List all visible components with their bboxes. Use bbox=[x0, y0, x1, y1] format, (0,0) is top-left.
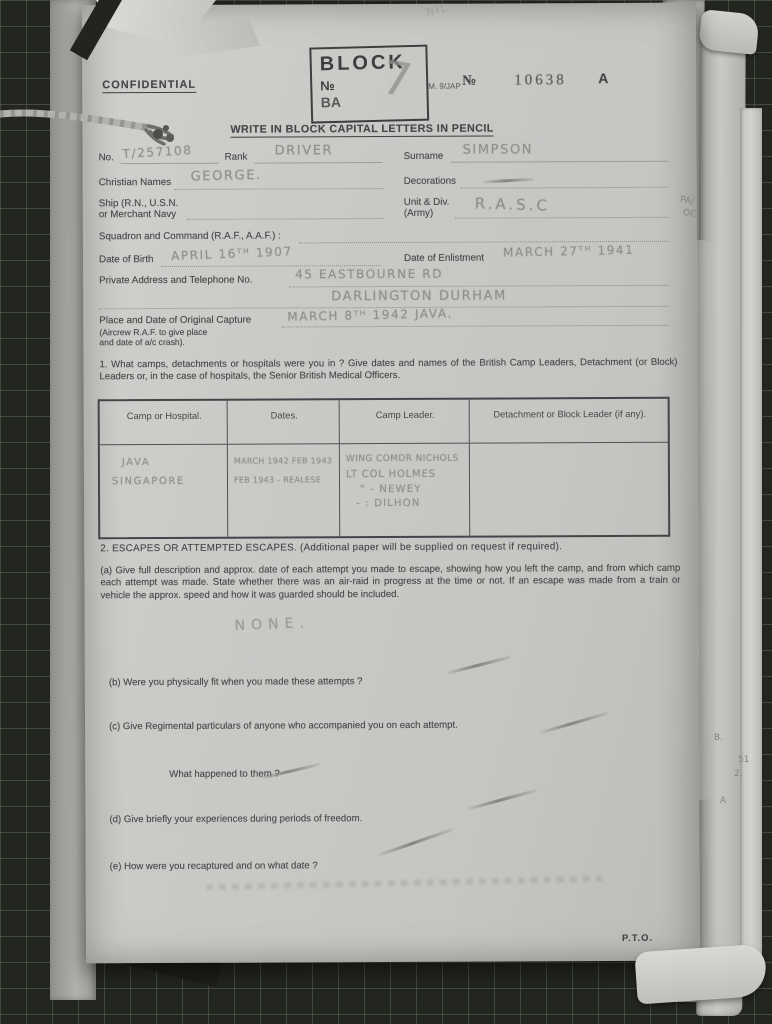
leader-entry: - : DILHON bbox=[356, 498, 465, 509]
table-cell-camp: JAVA SINGAPORE bbox=[100, 445, 228, 538]
camp-entry: JAVA bbox=[122, 457, 223, 468]
table-cell-leader: WING COMDR NICHOLS LT COL HOLMES " - NEW… bbox=[340, 444, 470, 537]
margin-pencil-note: OC bbox=[682, 208, 697, 220]
leader-entry: WING COMDR NICHOLS bbox=[346, 454, 465, 465]
field-label-ship-line1: Ship (R.N., U.S.N. bbox=[99, 198, 179, 209]
camps-table: Camp or Hospital. Dates. Camp Leader. De… bbox=[98, 397, 671, 539]
edge-mark: 51 bbox=[738, 755, 749, 765]
field-value-capture: MARCH 8ᵀᴴ 1942 JAVA. bbox=[287, 306, 453, 324]
serial-no-symbol: № bbox=[462, 74, 476, 90]
pencil-tick-b bbox=[446, 656, 511, 675]
field-value-rank: DRIVER bbox=[275, 143, 334, 158]
question-2d-text: (d) Give briefly your experiences during… bbox=[109, 812, 549, 826]
capture-note-line2: and date of a/c crash). bbox=[99, 337, 185, 347]
margin-pencil-note: PA/ bbox=[679, 195, 694, 207]
field-label-squadron: Squadron and Command (R.A.F., A.A.F.) : bbox=[99, 230, 281, 242]
field-label-private-address: Private Address and Telephone No. bbox=[99, 275, 252, 287]
leader-entry: " - NEWEY bbox=[360, 484, 465, 495]
archive-photo-canvas: { "colors":{"paper":"#cac9c6","mat_backg… bbox=[0, 0, 772, 1024]
decorations-pencil-dash bbox=[483, 178, 535, 184]
page-turn-over-marking: P.T.O. bbox=[622, 933, 653, 944]
page-curl bbox=[634, 944, 767, 1005]
field-value-address-line2: DARLINGTON DURHAM bbox=[331, 288, 507, 304]
question-2c-text: (c) Give Regimental particulars of anyon… bbox=[109, 719, 589, 734]
series-letter: A bbox=[598, 70, 608, 86]
table-cell-detachment bbox=[470, 443, 668, 536]
top-pencil-note: NIL bbox=[425, 1, 450, 19]
field-label-unit-line1: Unit & Div. bbox=[404, 197, 450, 208]
dates-entry: FEB 1943 - REALESE bbox=[234, 475, 335, 484]
show-through-text-streak bbox=[206, 876, 606, 891]
field-value-surname: SIMPSON bbox=[463, 142, 534, 157]
pencil-tick-d bbox=[467, 789, 537, 811]
stamp-ba-text: BA bbox=[321, 92, 427, 111]
field-value-unit: R.A.S.C bbox=[475, 194, 551, 214]
capture-note-line1: (Aircrew R.A.F. to give place bbox=[99, 327, 207, 337]
dates-entry: MARCH 1942 FEB 1943 bbox=[234, 456, 335, 465]
question-2b-text: (b) Were you physically fit when you mad… bbox=[109, 675, 549, 689]
question-2e-text: (e) How were you recaptured and on what … bbox=[110, 859, 510, 873]
field-label-ship-line2: or Merchant Navy bbox=[99, 209, 176, 220]
page-curl bbox=[698, 9, 760, 55]
field-label-rank: Rank bbox=[225, 152, 248, 163]
question-2a-answer: NONE. bbox=[234, 615, 310, 634]
binding-string bbox=[0, 92, 220, 172]
table-header-camp: Camp or Hospital. bbox=[100, 401, 228, 446]
serial-number: 10638 bbox=[514, 72, 567, 89]
table-cell-dates: MARCH 1942 FEB 1943 FEB 1943 - REALESE bbox=[228, 444, 340, 536]
page-stack-edge bbox=[740, 108, 762, 988]
camp-entry: SINGAPORE bbox=[112, 476, 223, 487]
question-1-text: 1. What camps, detachments or hospitals … bbox=[99, 357, 677, 384]
field-value-date-of-enlistment: MARCH 27ᵀᴴ 1941 bbox=[503, 243, 635, 260]
field-label-christian-names: Christian Names bbox=[99, 177, 171, 188]
field-label-date-of-birth: Date of Birth bbox=[99, 254, 154, 265]
field-value-date-of-birth: APRIL 16ᵀᴴ 1907 bbox=[171, 244, 293, 263]
question-2a-text: (a) Give full description and approx. da… bbox=[100, 563, 680, 603]
field-label-capture: Place and Date of Original Capture bbox=[99, 315, 251, 327]
field-label-decorations: Decorations bbox=[404, 176, 456, 187]
question-2-heading: 2. ESCAPES OR ATTEMPTED ESCAPES. (Additi… bbox=[100, 541, 562, 554]
edge-mark: A bbox=[720, 796, 726, 806]
table-header-dates: Dates. bbox=[228, 400, 340, 444]
instruction-heading: WRITE IN BLOCK CAPITAL LETTERS IN PENCIL bbox=[230, 123, 493, 138]
pencil-tick-e bbox=[377, 828, 454, 857]
field-label-unit-line2: (Army) bbox=[404, 208, 433, 219]
leader-entry: LT COL HOLMES bbox=[346, 469, 465, 481]
edge-mark: B. bbox=[714, 733, 723, 743]
edge-mark: 2. bbox=[734, 769, 743, 779]
field-label-surname: Surname bbox=[404, 151, 444, 162]
table-header-detachment: Detachment or Block Leader (if any). bbox=[470, 399, 668, 444]
table-header-leader: Camp Leader. bbox=[340, 400, 470, 445]
field-value-address-line1: 45 EASTBOURNE RD bbox=[295, 267, 443, 282]
form-reference: M. 9/JAP bbox=[428, 82, 460, 91]
field-label-date-of-enlistment: Date of Enlistment bbox=[404, 253, 484, 264]
